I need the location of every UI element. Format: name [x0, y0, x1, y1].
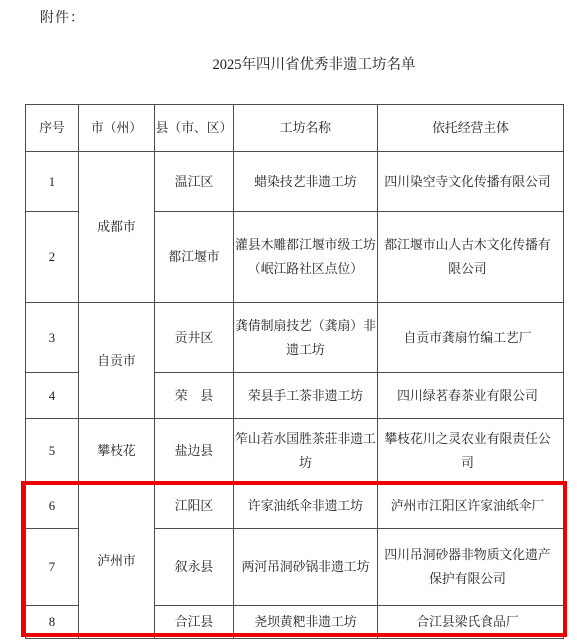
cell-no: 4	[26, 373, 79, 419]
cell-workshop: 灌县木雕都江堰市级工坊（岷江路社区点位）	[234, 212, 378, 303]
cell-no: 8	[26, 606, 79, 639]
cell-entity: 合江县梁氏食品厂	[378, 606, 564, 639]
cell-no: 1	[26, 152, 79, 212]
header-entity: 依托经营主体	[378, 105, 564, 152]
cell-entity: 四川吊洞砂器非物质文化遗产保护有限公司	[378, 529, 564, 606]
cell-entity: 都江堰市山人古木文化传播有限公司	[378, 212, 564, 303]
cell-county: 叙永县	[155, 529, 234, 606]
cell-entity: 泸州市江阳区许家油纸伞厂	[378, 484, 564, 529]
cell-county: 贡井区	[155, 303, 234, 373]
cell-county: 都江堰市	[155, 212, 234, 303]
cell-workshop: 蜡染技艺非遗工坊	[234, 152, 378, 212]
header-county: 县（市、区）	[155, 105, 234, 152]
table-row-highlighted: 6 泸州市 江阳区 许家油纸伞非遗工坊 泸州市江阳区许家油纸伞厂	[26, 484, 564, 529]
header-city: 市（州）	[79, 105, 155, 152]
cell-workshop: 笮山若水国胜茶莊非遗工坊	[234, 419, 378, 484]
cell-entity: 四川绿茗春茶业有限公司	[378, 373, 564, 419]
cell-workshop: 两河吊洞砂锅非遗工坊	[234, 529, 378, 606]
document-page: 附件： 2025年四川省优秀非遗工坊名单 序号 市（州） 县（市、区） 工坊名称…	[0, 0, 577, 640]
cell-no: 2	[26, 212, 79, 303]
workshops-table: 序号 市（州） 县（市、区） 工坊名称 依托经营主体 1 成都市 温江区 蜡染技…	[25, 104, 564, 639]
cell-entity: 四川染空寺文化传播有限公司	[378, 152, 564, 212]
cell-workshop: 龚倩制扇技艺（龚扇）非遗工坊	[234, 303, 378, 373]
table-row: 3 自贡市 贡井区 龚倩制扇技艺（龚扇）非遗工坊 自贡市龚扇竹编工艺厂	[26, 303, 564, 373]
cell-no: 6	[26, 484, 79, 529]
cell-city: 成都市	[79, 152, 155, 303]
cell-entity: 自贡市龚扇竹编工艺厂	[378, 303, 564, 373]
attachment-label: 附件：	[40, 7, 85, 27]
cell-county: 盐边县	[155, 419, 234, 484]
table-header-row: 序号 市（州） 县（市、区） 工坊名称 依托经营主体	[26, 105, 564, 152]
page-title: 2025年四川省优秀非遗工坊名单	[25, 53, 563, 74]
cell-county: 荣 县	[155, 373, 234, 419]
cell-workshop: 荣县手工茶非遗工坊	[234, 373, 378, 419]
cell-no: 3	[26, 303, 79, 373]
cell-city: 自贡市	[79, 303, 155, 419]
cell-workshop: 许家油纸伞非遗工坊	[234, 484, 378, 529]
cell-county: 温江区	[155, 152, 234, 212]
cell-county: 江阳区	[155, 484, 234, 529]
header-no: 序号	[26, 105, 79, 152]
cell-entity: 攀枝花川之灵农业有限责任公司	[378, 419, 564, 484]
table-row: 1 成都市 温江区 蜡染技艺非遗工坊 四川染空寺文化传播有限公司	[26, 152, 564, 212]
table-row: 5 攀枝花 盐边县 笮山若水国胜茶莊非遗工坊 攀枝花川之灵农业有限责任公司	[26, 419, 564, 484]
cell-no: 7	[26, 529, 79, 606]
cell-county: 合江县	[155, 606, 234, 639]
cell-no: 5	[26, 419, 79, 484]
cell-workshop: 尧坝黄粑非遗工坊	[234, 606, 378, 639]
cell-city: 攀枝花	[79, 419, 155, 484]
cell-city: 泸州市	[79, 484, 155, 639]
header-workshop: 工坊名称	[234, 105, 378, 152]
